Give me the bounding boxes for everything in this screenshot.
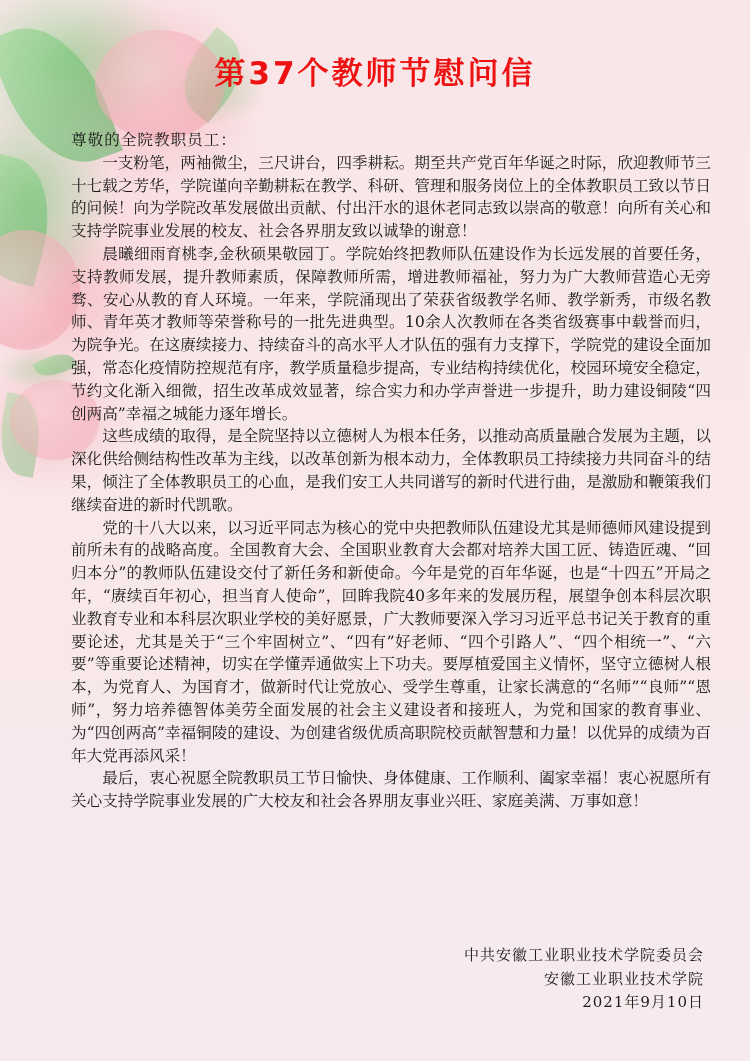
leaf-decoration [0, 392, 47, 478]
signature-date: 2021年9月10日 [464, 991, 704, 1015]
paragraph-achievements: 晨曦细雨育桃李,金秋硕果敬园丁。学院始终把教师队伍建设作为长远发展的首要任务，支… [71, 243, 711, 425]
paragraph-closing: 最后，衷心祝愿全院教职员工节日愉快、身体健康、工作顺利、阖家幸福！衷心祝愿所有关… [71, 767, 711, 813]
letter-title: 第37个教师节慰问信 [0, 48, 750, 93]
letter-body: 尊敬的全院教职员工： 一支粉笔，两袖微尘，三尺讲台，四季耕耘。期至共产党百年华诞… [71, 129, 711, 813]
leaf-decoration [0, 153, 64, 287]
paragraph-mission: 党的十八大以来，以习近平同志为核心的党中央把教师队伍建设尤其是师德师风建设提到前… [71, 517, 711, 768]
signature-college: 安徽工业职业技术学院 [464, 968, 704, 992]
signature-party-committee: 中共安徽工业职业技术学院委员会 [464, 944, 704, 968]
signature-block: 中共安徽工业职业技术学院委员会 安徽工业职业技术学院 2021年9月10日 [464, 944, 704, 1015]
paragraph-greeting: 一支粉笔，两袖微尘，三尺讲台，四季耕耘。期至共产党百年华诞之时际，欣迎教师节三十… [71, 152, 711, 243]
salutation: 尊敬的全院教职员工： [71, 129, 711, 152]
paragraph-results: 这些成绩的取得，是全院坚持以立德树人为根本任务，以推动高质量融合发展为主题，以深… [71, 425, 711, 516]
flower-decoration [0, 230, 80, 350]
